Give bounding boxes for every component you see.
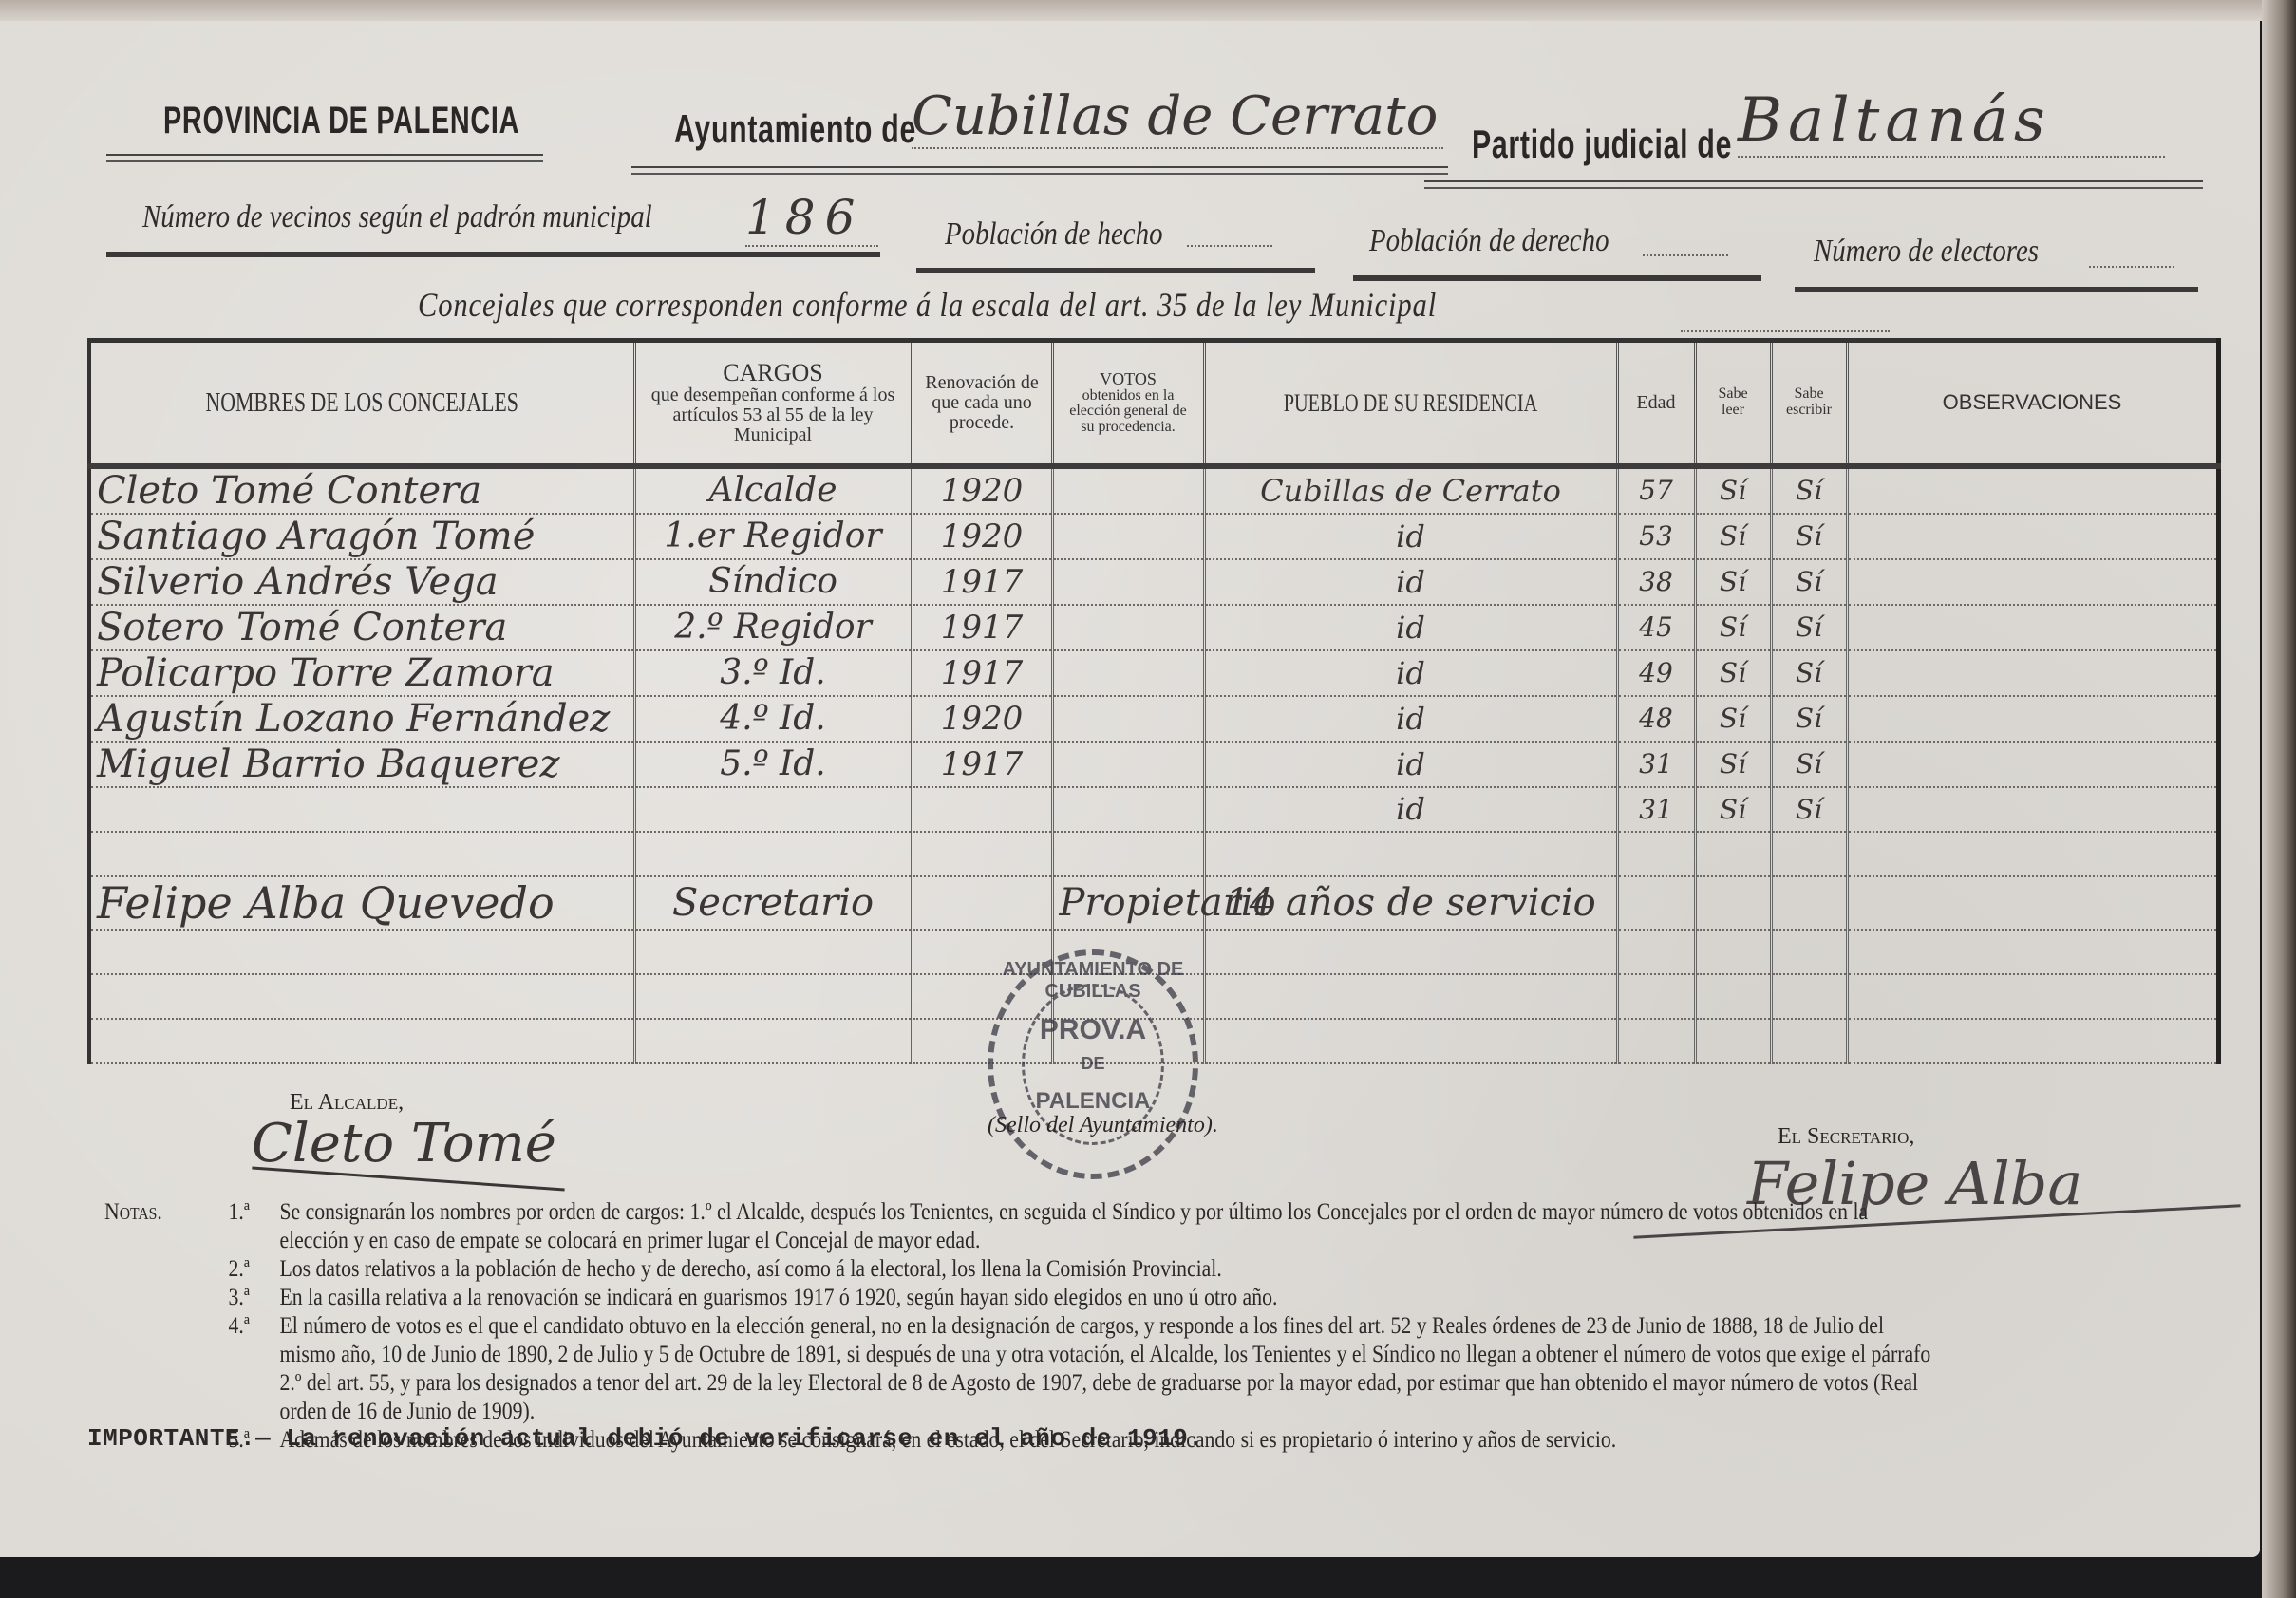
table-row: Sotero Tomé Contera2.º Regidor1917id45Sí… (89, 605, 2218, 650)
partido-value: Baltanás (1738, 85, 2165, 158)
cell-nombre (89, 974, 634, 1019)
cell-edad: 31 (1617, 742, 1695, 787)
cell-sabe-escribir (1771, 832, 1847, 876)
cell-observaciones (1847, 930, 2218, 974)
cell-nombre (89, 930, 634, 974)
cell-pueblo (1204, 974, 1617, 1019)
book-right-edge (2262, 0, 2296, 1598)
cell-renovacion: 1917 (912, 650, 1052, 696)
cell-sabe-escribir: Sí (1771, 514, 1847, 559)
important-notice: IMPORTANTE.— La renovación actual debió … (87, 1424, 1204, 1453)
cell-sabe-leer: Sí (1695, 466, 1771, 514)
cell-cargo (634, 787, 912, 832)
sello-label: (Sello del Ayuntamiento). (988, 1113, 1218, 1138)
note-item: Notas.1.ªSe consignarán los nombres por … (104, 1198, 1938, 1255)
cell-nombre: Sotero Tomé Contera (89, 605, 634, 650)
cell-renovacion (912, 832, 1052, 876)
secretario-label: El Secretario, (1778, 1124, 1914, 1150)
cell-sabe-escribir: Sí (1771, 696, 1847, 742)
cell-sabe-leer: Sí (1695, 650, 1771, 696)
cell-observaciones (1847, 696, 2218, 742)
header-pueblo: PUEBLO DE SU RESIDENCIA (1204, 341, 1617, 466)
note-item: 4.ªEl número de votos es el que el candi… (104, 1312, 1938, 1426)
cell-nombre (89, 1019, 634, 1063)
table-row: id31SíSí (89, 787, 2218, 832)
alcalde-label: El Alcalde, (290, 1090, 404, 1116)
cell-nombre: Cleto Tomé Contera (89, 466, 634, 514)
cell-votos (1052, 650, 1204, 696)
cell-sabe-leer (1695, 974, 1771, 1019)
vecinos-underline (106, 252, 880, 257)
notes-section: Notas.1.ªSe consignarán los nombres por … (104, 1198, 1938, 1455)
cell-cargo: 2.º Regidor (634, 605, 912, 650)
cell-renovacion: 1917 (912, 742, 1052, 787)
cell-pueblo: Cubillas de Cerrato (1204, 466, 1617, 514)
cell-observaciones (1847, 559, 2218, 605)
cell-cargo (634, 1019, 912, 1063)
cell-pueblo: id (1204, 696, 1617, 742)
table-row: Silverio Andrés VegaSíndico1917id38SíSí (89, 559, 2218, 605)
cell-nombre (89, 787, 634, 832)
cell-edad: 49 (1617, 650, 1695, 696)
cell-edad (1617, 1019, 1695, 1063)
header-nombres: NOMBRES DE LOS CONCEJALES (89, 341, 634, 466)
cell-observaciones (1847, 466, 2218, 514)
cell-sabe-escribir: Sí (1771, 650, 1847, 696)
cell-votos (1052, 832, 1204, 876)
cell-edad (1617, 832, 1695, 876)
cell-sabe-leer: Sí (1695, 696, 1771, 742)
derecho-label: Población de derecho (1369, 223, 1609, 259)
table-row: Miguel Barrio Baquerez5.º Id.1917id31SíS… (89, 742, 2218, 787)
partido-underline (1424, 180, 2203, 189)
table-header-row: NOMBRES DE LOS CONCEJALES CARGOS que des… (89, 341, 2218, 466)
cell-cargo (634, 832, 912, 876)
cell-cargo: 4.º Id. (634, 696, 912, 742)
cell-cargo: Síndico (634, 559, 912, 605)
ayuntamiento-value: Cubillas de Cerrato (912, 85, 1443, 149)
cell-pueblo: id (1204, 559, 1617, 605)
document-page: PROVINCIA DE PALENCIA Ayuntamiento de Cu… (0, 0, 2260, 1557)
cell-pueblo (1204, 930, 1617, 974)
cell-edad (1617, 930, 1695, 974)
cell-observaciones (1847, 514, 2218, 559)
header-observaciones: OBSERVACIONES (1847, 341, 2218, 466)
province-underline (106, 154, 543, 162)
cell-pueblo: id (1204, 514, 1617, 559)
cell-observaciones (1847, 650, 2218, 696)
derecho-underline (1353, 275, 1761, 281)
cell-cargo: 1.er Regidor (634, 514, 912, 559)
cell-renovacion: 1917 (912, 559, 1052, 605)
cell-edad: 57 (1617, 466, 1695, 514)
cell-sabe-escribir (1771, 974, 1847, 1019)
cell-sabe-leer (1695, 832, 1771, 876)
cell-renovacion (912, 787, 1052, 832)
cell-nombre: Felipe Alba Quevedo (89, 876, 634, 930)
cell-renovacion: 1920 (912, 514, 1052, 559)
cell-cargo: Alcalde (634, 466, 912, 514)
cell-sabe-escribir: Sí (1771, 742, 1847, 787)
header-edad: Edad (1617, 341, 1695, 466)
cell-votos (1052, 787, 1204, 832)
cell-votos (1052, 696, 1204, 742)
cell-sabe-escribir: Sí (1771, 466, 1847, 514)
partido-label: Partido judicial de (1472, 122, 1732, 167)
cell-cargo (634, 930, 912, 974)
cell-edad: 31 (1617, 787, 1695, 832)
table-row: Cleto Tomé ConteraAlcalde1920Cubillas de… (89, 466, 2218, 514)
cell-votos (1052, 742, 1204, 787)
header-renovacion: Renovación de que cada uno procede. (912, 341, 1052, 466)
cell-nombre: Santiago Aragón Tomé (89, 514, 634, 559)
cell-votos (1052, 466, 1204, 514)
cell-observaciones (1847, 974, 2218, 1019)
cell-renovacion: 1920 (912, 466, 1052, 514)
concejales-table: NOMBRES DE LOS CONCEJALES CARGOS que des… (87, 338, 2221, 1064)
cell-observaciones (1847, 832, 2218, 876)
cell-cargo: 3.º Id. (634, 650, 912, 696)
cell-observaciones (1847, 1019, 2218, 1063)
ayuntamiento-underline (631, 166, 1448, 175)
cell-pueblo (1204, 832, 1617, 876)
cell-sabe-leer (1695, 930, 1771, 974)
electores-value (2089, 266, 2174, 268)
cell-cargo: Secretario (634, 876, 912, 930)
table-row: Policarpo Torre Zamora3.º Id.1917id49SíS… (89, 650, 2218, 696)
cell-sabe-escribir: Sí (1771, 787, 1847, 832)
derecho-value (1643, 254, 1728, 256)
cell-sabe-escribir (1771, 876, 1847, 930)
book-top-edge (0, 0, 2296, 21)
cell-cargo (634, 974, 912, 1019)
cell-votos (1052, 605, 1204, 650)
cell-pueblo (1204, 1019, 1617, 1063)
note-item: 2.ªLos datos relativos a la población de… (104, 1255, 1938, 1284)
hecho-underline (916, 268, 1315, 273)
cell-edad: 38 (1617, 559, 1695, 605)
cell-sabe-leer (1695, 876, 1771, 930)
cell-nombre: Miguel Barrio Baquerez (89, 742, 634, 787)
cell-renovacion: 1920 (912, 696, 1052, 742)
table-row: Agustín Lozano Fernández4.º Id.1920id48S… (89, 696, 2218, 742)
cell-edad (1617, 876, 1695, 930)
cell-cargo: 5.º Id. (634, 742, 912, 787)
table-row: Santiago Aragón Tomé1.er Regidor1920id53… (89, 514, 2218, 559)
cell-pueblo: id (1204, 787, 1617, 832)
cell-observaciones (1847, 876, 2218, 930)
vecinos-label: Número de vecinos según el padrón munici… (142, 199, 652, 235)
cell-sabe-escribir: Sí (1771, 605, 1847, 650)
cell-sabe-leer: Sí (1695, 559, 1771, 605)
ayuntamiento-label: Ayuntamiento de (674, 106, 916, 152)
cell-nombre: Policarpo Torre Zamora (89, 650, 634, 696)
cell-sabe-leer (1695, 1019, 1771, 1063)
header-sabe-leer: Sabe leer (1695, 341, 1771, 466)
cell-observaciones (1847, 605, 2218, 650)
cell-nombre (89, 832, 634, 876)
cell-edad: 53 (1617, 514, 1695, 559)
cell-edad: 48 (1617, 696, 1695, 742)
cell-sabe-leer: Sí (1695, 605, 1771, 650)
cell-votos: Propietario (1052, 876, 1204, 930)
cell-sabe-escribir (1771, 930, 1847, 974)
cell-edad (1617, 974, 1695, 1019)
cell-sabe-escribir: Sí (1771, 559, 1847, 605)
concejales-scale-line: Concejales que corresponden conforme á l… (418, 285, 1437, 325)
hecho-label: Población de hecho (945, 216, 1163, 253)
cell-observaciones (1847, 787, 2218, 832)
table-row (89, 832, 2218, 876)
cell-observaciones (1847, 742, 2218, 787)
cell-pueblo: id (1204, 650, 1617, 696)
electores-underline (1795, 287, 2198, 292)
vecinos-value: 186 (745, 190, 878, 247)
cell-renovacion: 1917 (912, 605, 1052, 650)
hecho-value (1187, 245, 1272, 247)
header-votos: VOTOS obtenidos en la elección general d… (1052, 341, 1204, 466)
header-sabe-escribir: Sabe escribir (1771, 341, 1847, 466)
cell-sabe-escribir (1771, 1019, 1847, 1063)
alcalde-signature: Cleto Tomé (252, 1113, 556, 1175)
cell-votos (1052, 559, 1204, 605)
cell-sabe-leer: Sí (1695, 787, 1771, 832)
cell-pueblo: 14 años de servicio (1204, 876, 1617, 930)
cell-nombre: Agustín Lozano Fernández (89, 696, 634, 742)
table-row-secretario: Felipe Alba QuevedoSecretarioPropietario… (89, 876, 2218, 930)
cell-pueblo: id (1204, 605, 1617, 650)
note-item: 3.ªEn la casilla relativa a la renovació… (104, 1284, 1938, 1312)
cell-nombre: Silverio Andrés Vega (89, 559, 634, 605)
cell-edad: 45 (1617, 605, 1695, 650)
cell-votos (1052, 514, 1204, 559)
header-cargos: CARGOS que desempeñan conforme á los art… (634, 341, 912, 466)
cell-pueblo: id (1204, 742, 1617, 787)
ayuntamiento-seal: AYUNTAMIENTO DE CUBILLAS PROV.A DE PALEN… (988, 949, 1198, 1179)
cell-renovacion (912, 876, 1052, 930)
cell-sabe-leer: Sí (1695, 514, 1771, 559)
cell-sabe-leer: Sí (1695, 742, 1771, 787)
electores-label: Número de electores (1814, 234, 2039, 270)
province-title: PROVINCIA DE PALENCIA (163, 100, 519, 142)
concejales-scale-value (1681, 330, 1890, 332)
